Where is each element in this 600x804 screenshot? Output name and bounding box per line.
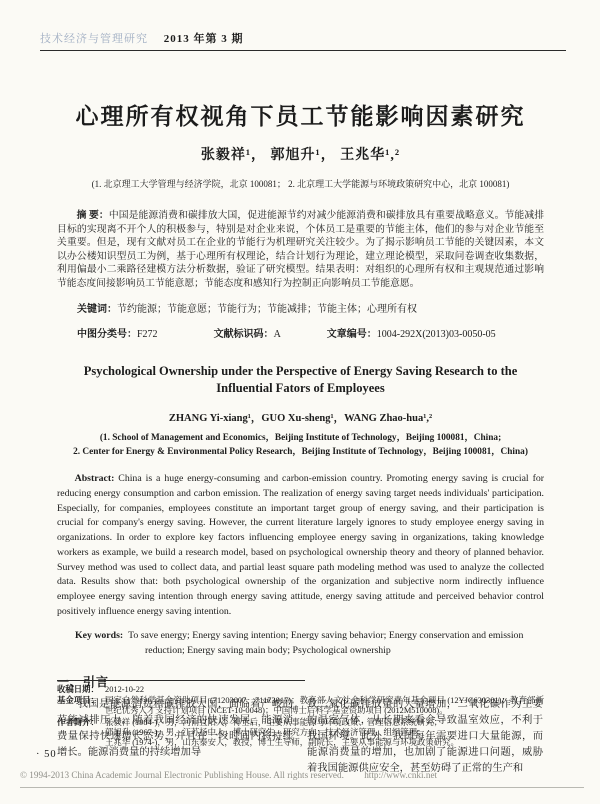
footnote-block: 收稿日期： 2012-10-22 基金项目： 国家自然科学基金资助项目 (712… — [57, 680, 544, 747]
article-id-value: 1004-292X(2013)03-0050-05 — [377, 329, 496, 340]
cnki-url-link[interactable]: http://www.cnki.net — [364, 770, 437, 780]
doc-code-label: 文献标识码： — [214, 329, 274, 340]
received-date-row: 收稿日期： 2012-10-22 — [57, 685, 544, 695]
article-content: 心理所有权视角下员工节能影响因素研究 张毅祥¹， 郭旭升¹， 王兆华¹,² (1… — [57, 52, 544, 777]
abstract-text-en: China is a huge energy-consuming and car… — [57, 473, 544, 616]
doc-code-value: A — [274, 329, 281, 340]
footnote-divider — [57, 680, 305, 681]
received-date-label: 收稿日期： — [57, 685, 105, 695]
abstract-label-cn: 摘 要： — [77, 210, 109, 221]
article-meta-row: 中图分类号：F272 文献标识码：A 文章编号：1004-292X(2013)0… — [57, 325, 544, 340]
received-date-value: 2012-10-22 — [105, 685, 544, 695]
author-bio-line: 张毅祥 (1984-)，男，河南宜阳人，博士后，主要从事能源与环境政策、管理信息… — [105, 718, 544, 728]
keywords-label-en: Key words: — [75, 630, 123, 641]
article-id: 文章编号：1004-292X(2013)03-0050-05 — [327, 325, 496, 340]
affiliation-en: (1. School of Management and Economics，B… — [57, 432, 544, 459]
author-bio-line: 郭旭升 (1967-)，男，江苏扬中人，博士研究生，研究方向：技术经济管理、组织… — [105, 728, 544, 738]
keywords-text-en: To save energy; Energy saving intention;… — [128, 630, 523, 656]
fund-project-row: 基金项目： 国家自然科学基金资助项目 (71203007、71173017)；教… — [57, 696, 544, 716]
authors-en: ZHANG Yi-xiang¹，GUO Xu-sheng¹，WANG Zhao-… — [57, 410, 544, 425]
abstract-text-cn: 中国是能源消费和碳排放大国，促进能源节约对减少能源消费和碳排放具有重要战略意义。… — [57, 210, 544, 289]
keywords-cn: 关键词：节约能源；节能意愿；节能行为；节能减排；节能主体；心理所有权 — [57, 300, 544, 315]
fund-project-value: 国家自然科学基金资助项目 (71203007、71173017)；教育部人文社会… — [105, 696, 544, 716]
keywords-text-cn: 节约能源；节能意愿；节能行为；节能减排；节能主体；心理所有权 — [117, 304, 417, 315]
clc-label: 中图分类号： — [77, 329, 137, 340]
cnki-copyright-bar: © 1994-2013 China Academic Journal Elect… — [20, 770, 584, 788]
document-code: 文献标识码：A — [214, 325, 281, 340]
author-bio-list: 张毅祥 (1984-)，男，河南宜阳人，博士后，主要从事能源与环境政策、管理信息… — [105, 718, 544, 748]
authors-cn: 张毅祥¹， 郭旭升¹， 王兆华¹,² — [57, 144, 544, 164]
author-bio-label: 作者简介： — [57, 718, 105, 748]
copyright-text: © 1994-2013 China Academic Journal Elect… — [20, 770, 344, 780]
article-title-cn: 心理所有权视角下员工节能影响因素研究 — [57, 98, 544, 131]
abstract-en: Abstract: China is a huge energy-consumi… — [57, 472, 544, 619]
affiliation-cn: (1. 北京理工大学管理与经济学院，北京 100081； 2. 北京理工大学能源… — [57, 177, 544, 190]
abstract-cn: 摘 要：中国是能源消费和碳排放大国，促进能源节约对减少能源消费和碳排放具有重要战… — [57, 209, 544, 291]
keywords-en: Key words: To save energy; Energy saving… — [57, 629, 544, 658]
article-id-label: 文章编号： — [327, 329, 377, 340]
author-bio-row: 作者简介： 张毅祥 (1984-)，男，河南宜阳人，博士后，主要从事能源与环境政… — [57, 718, 544, 748]
abstract-label-en: Abstract: — [75, 473, 115, 484]
running-head: 技术经济与管理研究 2013 年第 3 期 — [40, 30, 566, 51]
affiliation-en-line2: 2. Center for Energy & Environmental Pol… — [57, 446, 544, 460]
page-number: · 50 · — [36, 749, 65, 760]
article-title-en: Psychological Ownership under the Perspe… — [57, 363, 544, 397]
journal-issue: 2013 年第 3 期 — [164, 33, 244, 45]
keywords-label-cn: 关键词： — [77, 304, 117, 315]
clc-number: 中图分类号：F272 — [77, 325, 158, 340]
affiliation-en-line1: (1. School of Management and Economics，B… — [57, 432, 544, 446]
fund-project-label: 基金项目： — [57, 696, 105, 716]
journal-name: 技术经济与管理研究 — [40, 33, 148, 45]
clc-value: F272 — [137, 329, 158, 340]
journal-page: 技术经济与管理研究 2013 年第 3 期 心理所有权视角下员工节能影响因素研究… — [0, 0, 600, 804]
author-bio-line: 王兆华 (1974-)，男，山东泰安人，教授，博士生导师，副院长，主要从事能源与… — [105, 738, 544, 748]
